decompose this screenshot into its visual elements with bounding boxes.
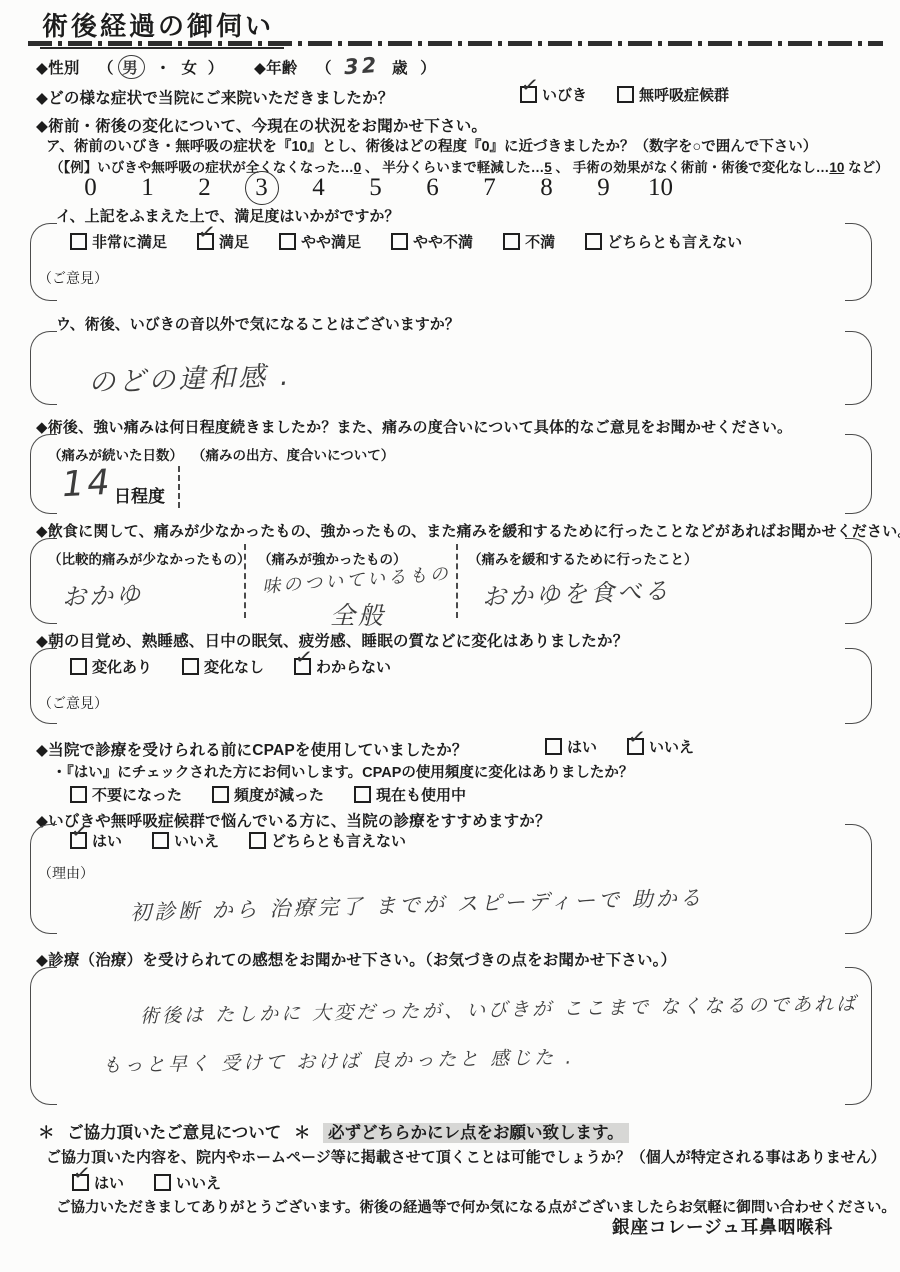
symptom-options: ✓いびき無呼吸症候群 — [520, 84, 759, 105]
checkbox[interactable] — [70, 233, 87, 250]
checkbox[interactable] — [212, 786, 229, 803]
checkbox[interactable] — [249, 832, 266, 849]
handwritten-age-value: 32 — [343, 53, 380, 79]
checkbox[interactable]: ✓ — [197, 233, 214, 250]
checkbox-label: 不要になった — [92, 784, 182, 805]
checkbox-option-reduced-frequency[interactable]: 頻度が減った — [212, 784, 324, 805]
paren: ） — [208, 60, 224, 77]
sleep-options: 変化あり変化なし✓わからない — [30, 648, 872, 677]
profile-row: ◆性別 （ 男 ・ 女 ） ◆年齢 （ 32 歳 ） — [36, 54, 436, 79]
checkbox[interactable] — [279, 233, 296, 250]
publish-question: ご協力頂いた内容を、院内やホームページ等に掲載させて頂くことは可能でしょうか？（… — [46, 1146, 886, 1167]
checkbox-label: 不満 — [525, 231, 555, 252]
answer-box-recommend: ✓はいいいえどちらとも言えない （理由） 初診断 から 治療完了 までが スピー… — [30, 824, 872, 934]
answer-box-other-concerns: のどの違和感 . — [30, 331, 872, 405]
checkbox-option-still-using[interactable]: 現在も使用中 — [354, 784, 466, 805]
checkbox-label: いびき — [542, 84, 587, 105]
recommend-options: ✓はいいいえどちらとも言えない — [30, 824, 872, 851]
checkbox[interactable] — [354, 786, 371, 803]
scale-number-9[interactable]: 9 — [575, 170, 632, 206]
paren: （ — [98, 60, 114, 77]
checkbox-option-dissatisfied[interactable]: 不満 — [503, 231, 555, 252]
checkbox-label: いいえ — [649, 736, 694, 757]
publish-options: ✓はいいいえ — [72, 1172, 251, 1193]
checkbox-option-somewhat-dissatisfied[interactable]: やや不満 — [391, 231, 473, 252]
section-heading-change: ◆術前・術後の変化について、今現在の状況をお聞かせ下さい。 — [36, 114, 487, 136]
checkbox[interactable]: ✓ — [294, 658, 311, 675]
answer-box-sleep: 変化あり変化なし✓わからない （ご意見） — [30, 648, 872, 724]
cpap-followup: ・『はい』にチェックされた方にお伺いします。CPAPの使用頻度に変化はありました… — [52, 761, 633, 782]
checkbox-label: はい — [567, 736, 597, 757]
checkbox-option-apnea[interactable]: 無呼吸症候群 — [617, 84, 729, 105]
checkbox-option-satisfied[interactable]: ✓満足 — [197, 231, 249, 252]
handwritten-painful-food-line2: 全般 — [330, 596, 386, 632]
eating-box-divider-1 — [244, 544, 246, 618]
handwritten-pain-days: 14 — [61, 463, 114, 506]
checkbox[interactable] — [617, 86, 634, 103]
checkbox-label: はい — [92, 830, 122, 851]
checkbox[interactable]: ✓ — [627, 738, 644, 755]
checkbox-label: やや不満 — [413, 231, 473, 252]
scale-number-3[interactable]: 3 — [233, 170, 290, 206]
checkbox-label: やや満足 — [301, 231, 361, 252]
scale-number-0[interactable]: 0 — [62, 170, 119, 206]
handwritten-check-icon: ✓ — [70, 820, 90, 843]
checkbox-label: どちらとも言えない — [271, 830, 406, 851]
handwritten-circle-icon: 3 — [245, 171, 279, 205]
severity-scale: 012345678910 — [62, 170, 689, 206]
scale-number-1[interactable]: 1 — [119, 170, 176, 206]
checkbox[interactable] — [182, 658, 199, 675]
checkbox[interactable] — [70, 658, 87, 675]
dash-dot-divider — [28, 41, 883, 46]
checkbox[interactable] — [545, 738, 562, 755]
checkbox-label: いいえ — [174, 830, 219, 851]
checkbox[interactable] — [503, 233, 520, 250]
satisfaction-options: 非常に満足✓満足やや満足やや不満不満どちらとも言えない — [30, 223, 872, 252]
checkbox-label: わからない — [316, 656, 391, 677]
paren: （ — [316, 60, 332, 77]
age-label: ◆年齢 — [254, 60, 298, 77]
eating-box-divider-2 — [456, 544, 458, 618]
answer-box-pain: （痛みが続いた日数） （痛みの出方、度合いについて） 14 日程度 — [30, 434, 872, 514]
checkbox-label: 変化なし — [204, 656, 264, 677]
checkbox[interactable] — [585, 233, 602, 250]
checkbox[interactable] — [70, 786, 87, 803]
checkbox-option-no-longer-needed[interactable]: 不要になった — [70, 784, 182, 805]
checkbox[interactable]: ✓ — [70, 832, 87, 849]
scale-number-4[interactable]: 4 — [290, 170, 347, 206]
scale-number-5[interactable]: 5 — [347, 170, 404, 206]
scanned-questionnaire-page: 術後経過の御伺い ◆性別 （ 男 ・ 女 ） ◆年齢 （ 32 歳 ） ◆どの様… — [0, 0, 900, 1272]
checkbox-option-yes[interactable]: はい — [545, 736, 597, 757]
checkbox[interactable] — [154, 1174, 171, 1191]
handwritten-less-painful-food: おかゆ — [61, 575, 143, 613]
clinic-name: 銀座コレージュ耳鼻咽喉科 — [612, 1214, 833, 1239]
pain-days-unit: 日程度 — [114, 482, 165, 507]
checkbox-option-very-satisfied[interactable]: 非常に満足 — [70, 231, 167, 252]
checkbox-option-no[interactable]: ✓いいえ — [627, 736, 694, 757]
checkbox[interactable]: ✓ — [72, 1174, 89, 1191]
handwritten-throat-discomfort: のどの違和感 . — [88, 333, 873, 399]
gender-female[interactable]: 女 — [182, 60, 198, 77]
gender-male-circled[interactable]: 男 — [118, 55, 145, 79]
scale-number-7[interactable]: 7 — [461, 170, 518, 206]
handwritten-check-icon: ✓ — [197, 221, 217, 244]
checkbox-label: 非常に満足 — [92, 231, 167, 252]
answer-box-eating: （比較的痛みが少なかったもの） （痛みが強かったもの） （痛みを緩和するために行… — [30, 538, 872, 624]
scale-number-10[interactable]: 10 — [632, 170, 689, 206]
paren: ） — [420, 60, 436, 77]
checkbox[interactable] — [391, 233, 408, 250]
question-a: ア、術前のいびき・無呼吸の症状を『10』とし、術後はどの程度『0』に近づきました… — [46, 135, 817, 156]
checkbox-option-unknown[interactable]: ✓わからない — [294, 656, 391, 677]
handwritten-check-icon: ✓ — [627, 726, 647, 749]
checkbox-label: 頻度が減った — [234, 784, 324, 805]
consent-note-label: ご協力頂いたご意見について — [67, 1124, 281, 1142]
example-num-10: 10 — [829, 160, 844, 175]
checkbox-label: どちらとも言えない — [607, 231, 742, 252]
handwritten-pain-relief-action: おかゆを食べる — [481, 571, 671, 613]
pain-days-label: （痛みが続いた日数） — [48, 444, 183, 464]
checkbox-option-somewhat-satisfied[interactable]: やや満足 — [279, 231, 361, 252]
handwritten-check-icon: ✓ — [72, 1162, 92, 1185]
handwritten-impression-line2: もっと早く 受けて おけば 良かったと 感じた . — [102, 1037, 872, 1077]
gender-separator: ・ — [155, 60, 171, 77]
symptom-question: ◆どの様な症状で当院にご来院いただきましたか？ — [36, 86, 394, 108]
eating-col3-label: （痛みを緩和するために行ったこと） — [468, 548, 698, 568]
checkbox-option-yes[interactable]: ✓はい — [70, 830, 122, 851]
asterisk: ＊ — [294, 1124, 311, 1142]
scale-number-2[interactable]: 2 — [176, 170, 233, 206]
answer-box-satisfaction: 非常に満足✓満足やや満足やや不満不満どちらとも言えない （ご意見） — [30, 223, 872, 301]
sleep-opinion-label: （ご意見） — [38, 693, 872, 713]
scale-number-6[interactable]: 6 — [404, 170, 461, 206]
consent-note-highlight: 必ずどちらかにレ点をお願い致します。 — [323, 1123, 629, 1143]
eating-col1-label: （比較的痛みが少なかったもの） — [48, 548, 251, 568]
checkbox-label: 変化あり — [92, 656, 152, 677]
checkbox-label: いいえ — [176, 1172, 221, 1193]
asterisk: ＊ — [38, 1124, 55, 1142]
cpap-freq-options: 不要になった頻度が減った現在も使用中 — [70, 784, 496, 805]
checkbox[interactable] — [152, 832, 169, 849]
checkbox-label: 満足 — [219, 231, 249, 252]
pain-box-divider — [178, 466, 180, 508]
gender-label: ◆性別 — [36, 60, 80, 77]
example-text: など） — [844, 160, 888, 175]
checkbox-label: はい — [94, 1172, 124, 1193]
pain-desc-label: （痛みの出方、度合いについて） — [192, 444, 394, 464]
handwritten-check-icon: ✓ — [520, 74, 540, 97]
checkbox-option-neither[interactable]: どちらとも言えない — [585, 231, 742, 252]
checkbox-option-yes[interactable]: ✓はい — [72, 1172, 124, 1193]
checkbox[interactable]: ✓ — [520, 86, 537, 103]
handwritten-reason: 初診断 から 治療完了 までが スピーディーで 助かる — [130, 877, 873, 926]
checkbox-option-neither[interactable]: どちらとも言えない — [249, 830, 406, 851]
checkbox-option-no[interactable]: いいえ — [152, 830, 219, 851]
cpap-question: ◆当院で診療を受けられる前にCPAPを使用していましたか？ — [36, 738, 468, 760]
checkbox-option-no[interactable]: いいえ — [154, 1172, 221, 1193]
checkbox-option-no-change[interactable]: 変化なし — [182, 656, 264, 677]
handwritten-impression-line1: 術後は たしかに 大変だったが、いびきが ここまで なくなるのであれば — [140, 989, 872, 1029]
checkbox-option-changed[interactable]: 変化あり — [70, 656, 152, 677]
age-unit: 歳 — [392, 60, 408, 77]
cpap-options: はい✓いいえ — [545, 736, 724, 757]
handwritten-check-icon: ✓ — [294, 646, 314, 669]
checkbox-label: 現在も使用中 — [376, 784, 466, 805]
consent-note: ＊ ご協力頂いたご意見について ＊ 必ずどちらかにレ点をお願い致します。 — [38, 1119, 629, 1143]
answer-box-impression: 術後は たしかに 大変だったが、いびきが ここまで なくなるのであれば もっと早… — [30, 967, 872, 1105]
checkbox-label: 無呼吸症候群 — [639, 84, 729, 105]
checkbox-option-snoring[interactable]: ✓いびき — [520, 84, 587, 105]
scale-number-8[interactable]: 8 — [518, 170, 575, 206]
opinion-label: （ご意見） — [38, 268, 872, 288]
